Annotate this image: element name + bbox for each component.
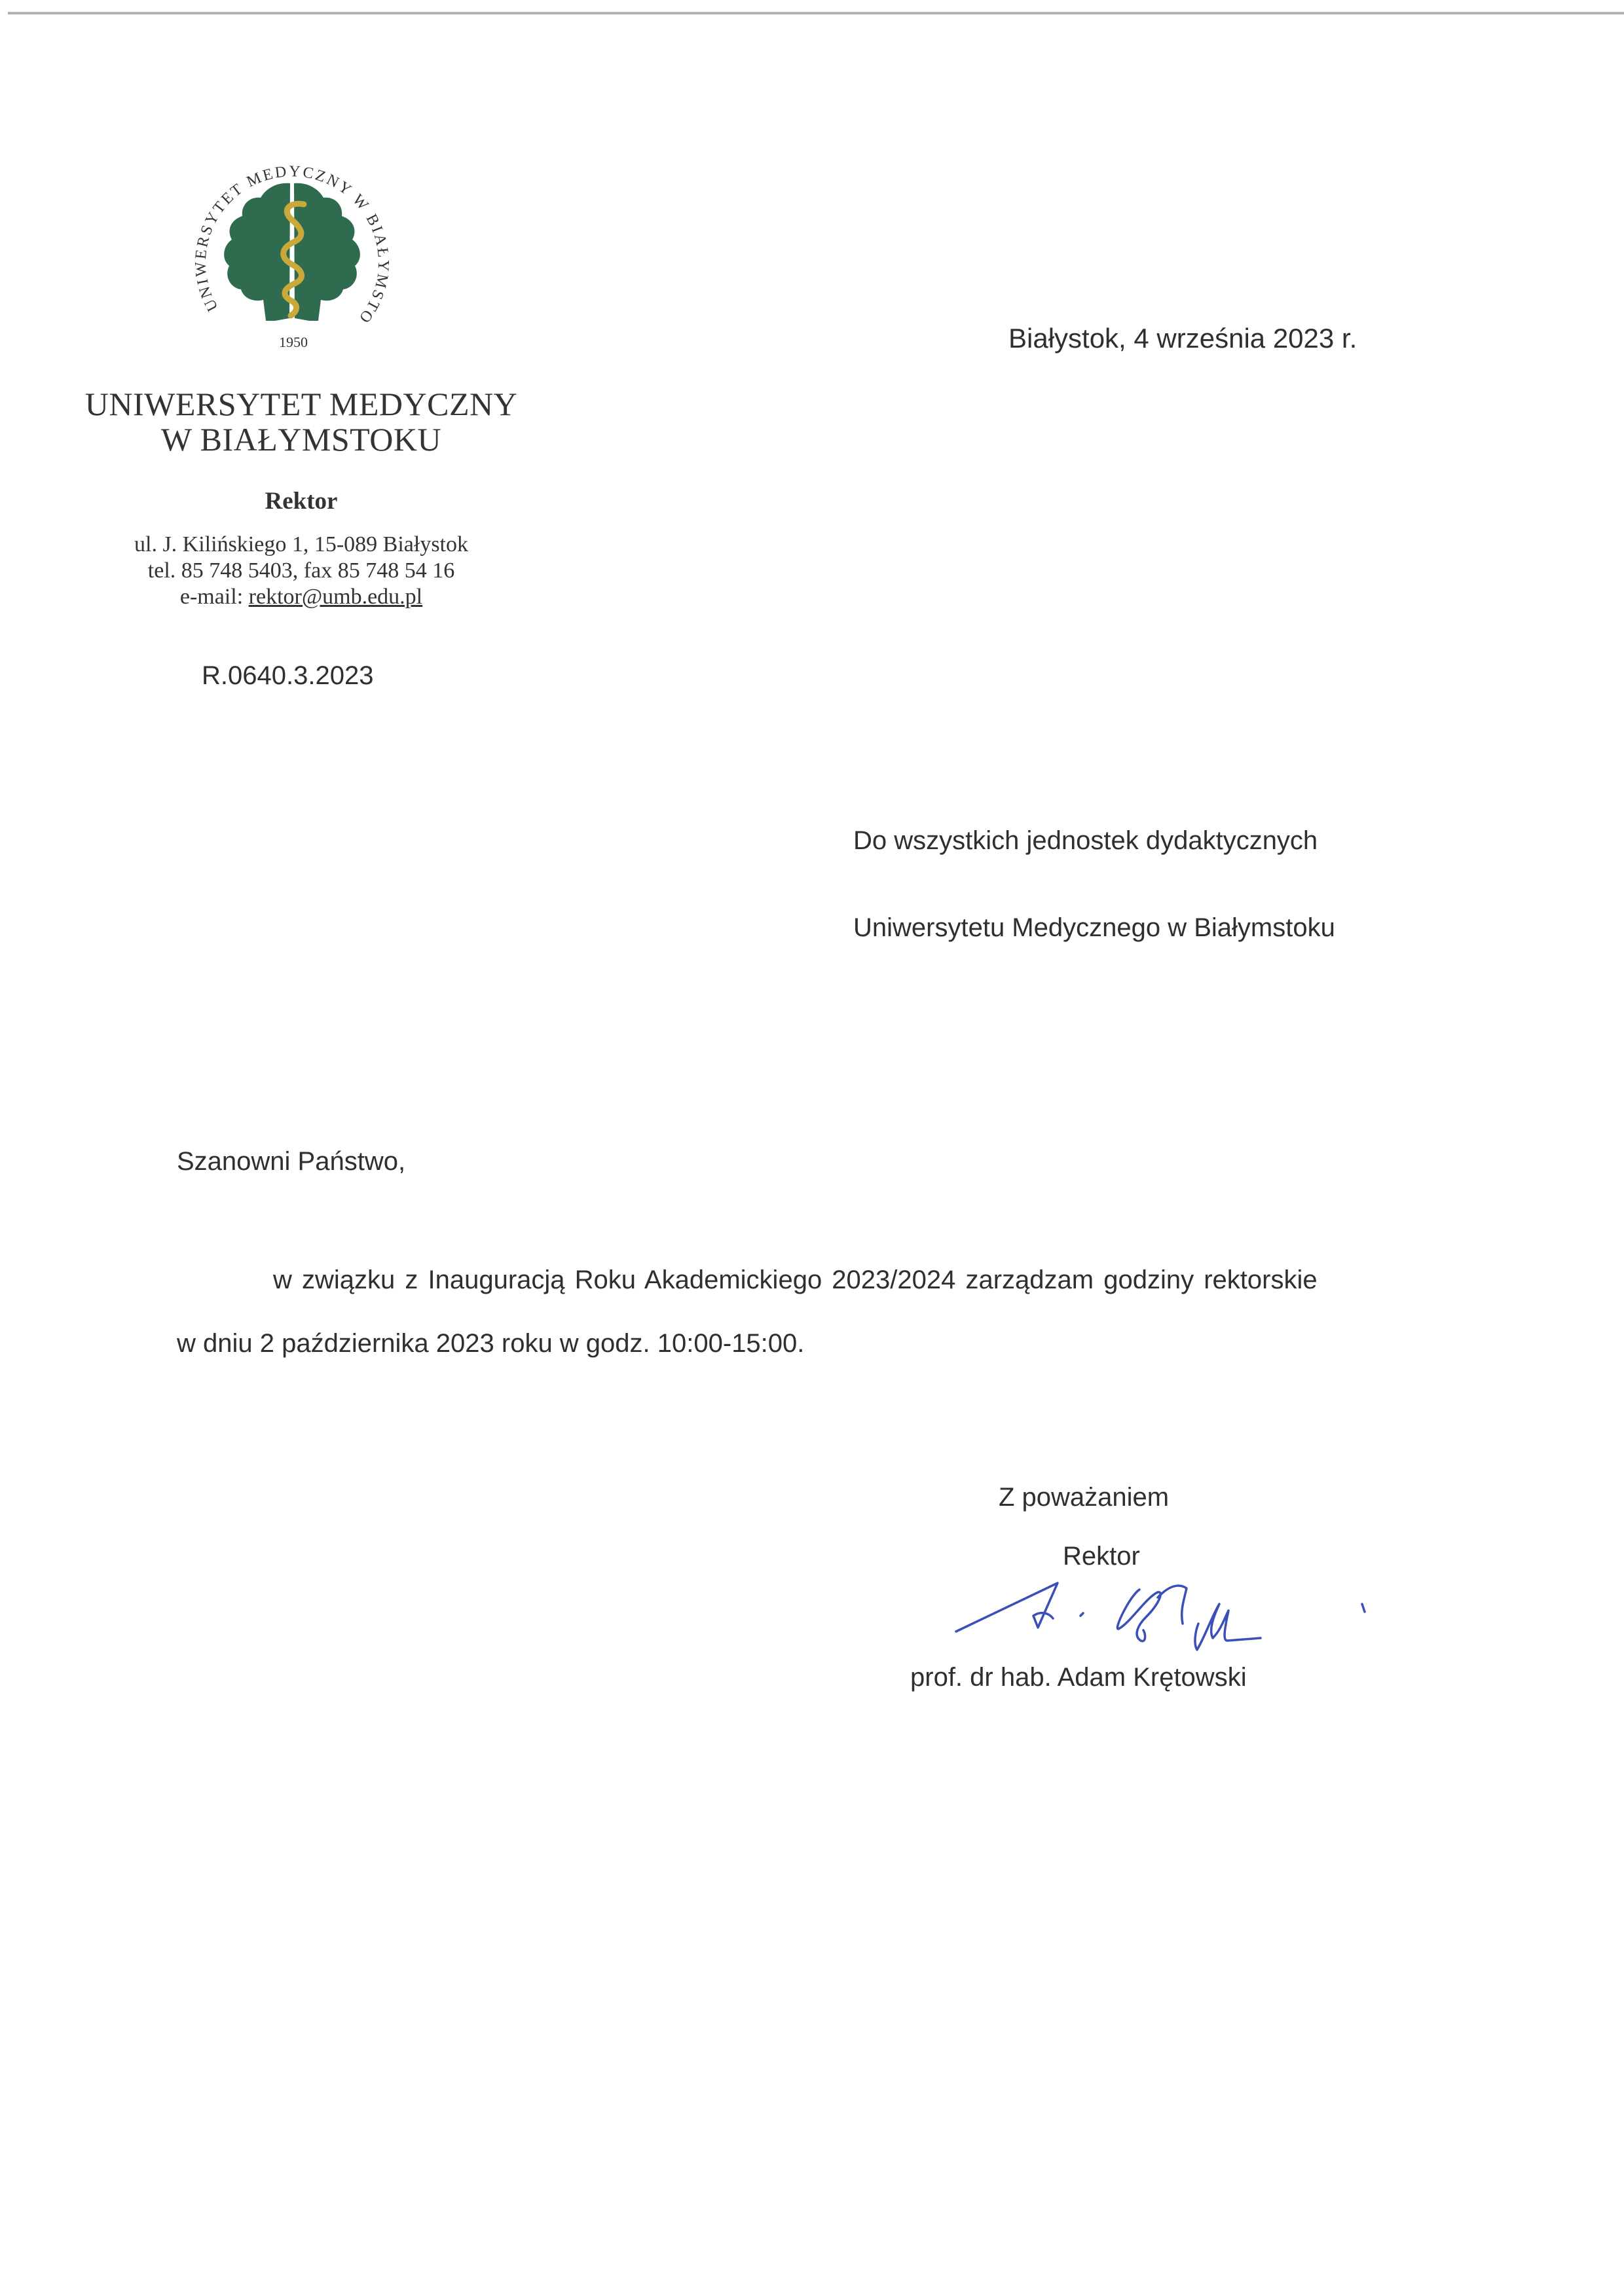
postal-address: ul. J. Kilińskiego 1, 15-089 Białystok xyxy=(65,532,537,558)
email-line: e-mail: rektor@umb.edu.pl xyxy=(65,584,537,610)
body-paragraph-line1: w związku z Inauguracją Roku Akademickie… xyxy=(273,1266,1318,1295)
email-link[interactable]: rektor@umb.edu.pl xyxy=(249,585,422,609)
signatory-role: Rektor xyxy=(1063,1542,1140,1571)
recipient-line2: Uniwersytetu Medycznego w Białymstoku xyxy=(853,913,1335,943)
email-label: e-mail: xyxy=(180,585,249,609)
letter-date: Białystok, 4 września 2023 r. xyxy=(1008,323,1357,354)
university-seal-logo-icon: UNIWERSYTET MEDYCZNY W BIAŁYMSTOKU 1950 xyxy=(177,124,406,360)
university-name-line1: UNIWERSYTET MEDYCZNY xyxy=(65,386,537,422)
body-paragraph-line2: w dniu 2 października 2023 roku w godz. … xyxy=(177,1329,804,1358)
salutation: Szanowni Państwo, xyxy=(177,1147,405,1176)
closing-greeting: Z poważaniem xyxy=(999,1483,1169,1512)
phone-fax: tel. 85 748 5403, fax 85 748 54 16 xyxy=(65,558,537,584)
seal-year: 1950 xyxy=(279,334,308,350)
university-name-line2: W BIAŁYMSTOKU xyxy=(65,422,537,457)
letterhead: UNIWERSYTET MEDYCZNY W BIAŁYMSTOKU Rekto… xyxy=(65,386,537,610)
handwritten-signature-icon xyxy=(950,1578,1395,1663)
reference-number: R.0640.3.2023 xyxy=(202,661,373,691)
scan-top-edge-line xyxy=(8,12,1624,14)
signatory-name: prof. dr hab. Adam Krętowski xyxy=(910,1663,1247,1692)
office-title: Rektor xyxy=(65,488,537,515)
recipient-line1: Do wszystkich jednostek dydaktycznych xyxy=(853,826,1318,856)
